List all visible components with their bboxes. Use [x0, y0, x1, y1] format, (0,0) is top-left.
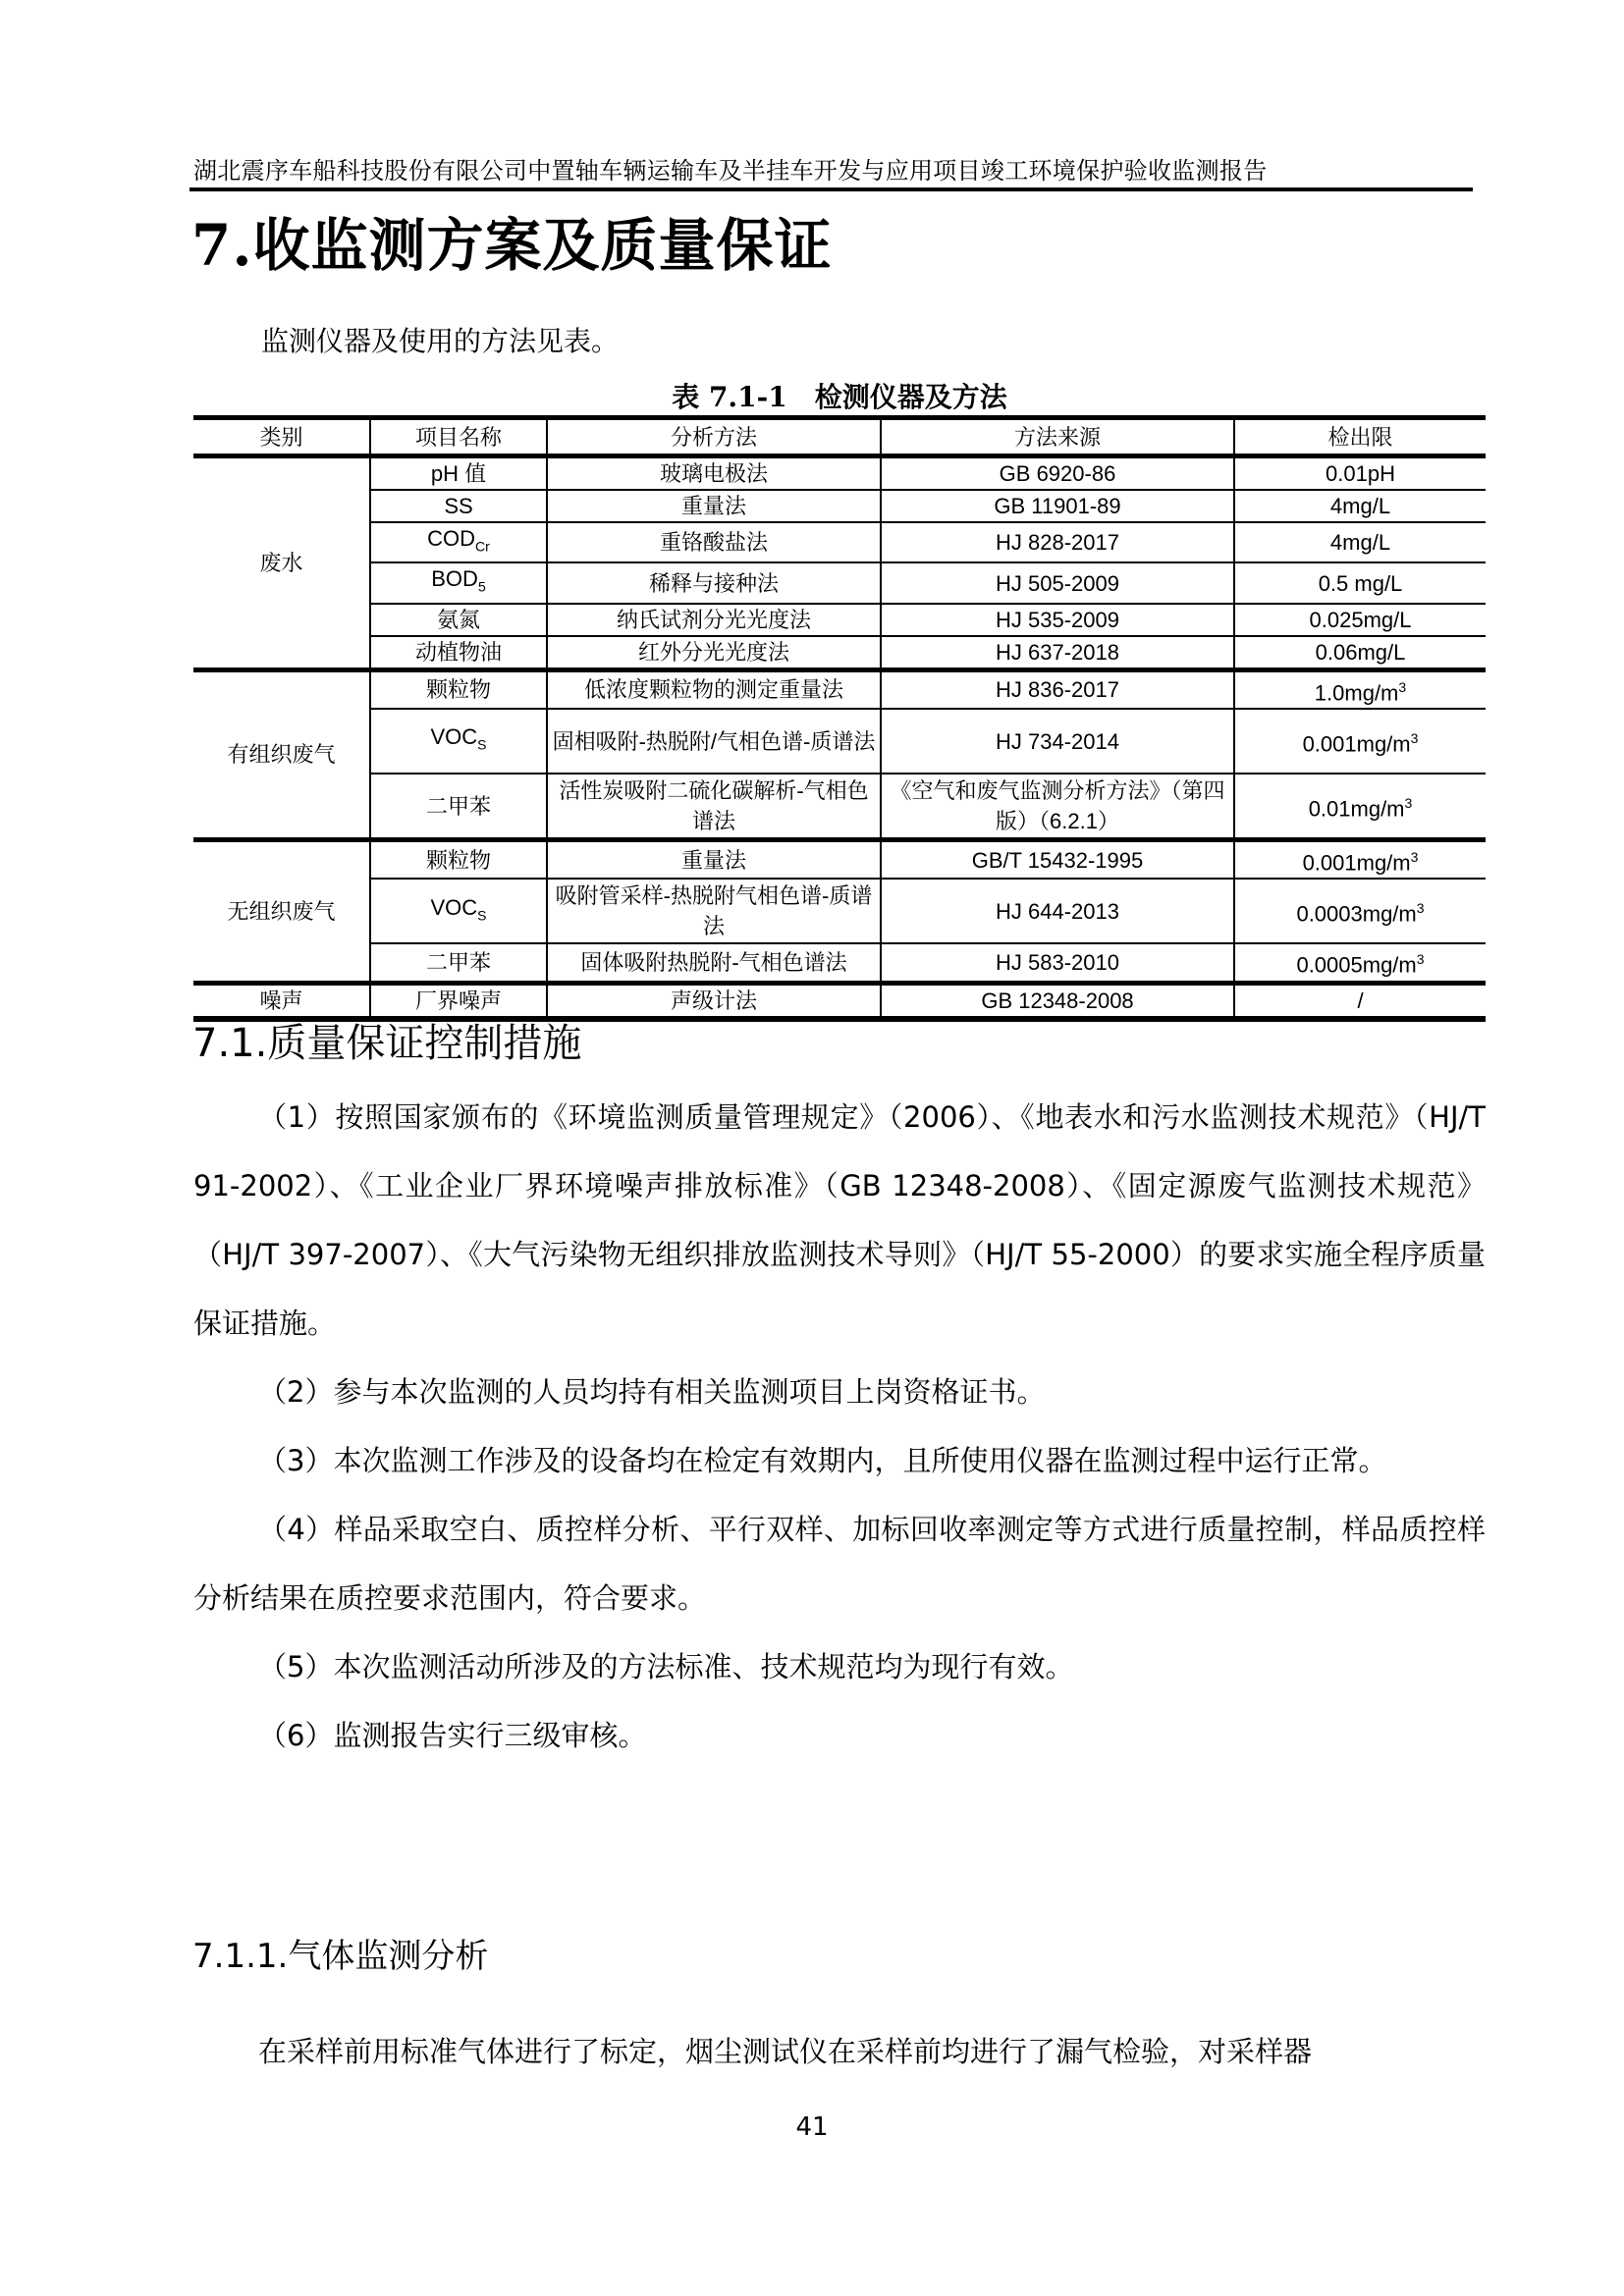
table-row: VOCS 固相吸附-热脱附/气相色谱-质谱法 HJ 734-2014 0.001…	[193, 709, 1486, 774]
source-cell: HJ 734-2014	[881, 709, 1234, 774]
qa-item-1: （1）按照国家颁布的《环境监测质量管理规定》（2006）、《地表水和污水监测技术…	[193, 1083, 1486, 1358]
method-cell: 重量法	[547, 490, 881, 522]
header-method: 分析方法	[547, 418, 881, 456]
limit-cell: 0.001mg/m3	[1234, 709, 1486, 774]
header-category: 类别	[193, 418, 370, 456]
section-heading-7-1: 7.1.质量保证控制措施	[192, 1012, 581, 1068]
method-cell: 固体吸附热脱附-气相色谱法	[547, 943, 881, 983]
item-cell: 二甲苯	[370, 774, 547, 840]
table-row: VOCS 吸附管采样-热脱附气相色谱-质谱法 HJ 644-2013 0.000…	[193, 879, 1486, 943]
method-cell: 纳氏试剂分光光度法	[547, 604, 881, 636]
table-row: 有组织废气 颗粒物 低浓度颗粒物的测定重量法 HJ 836-2017 1.0mg…	[193, 669, 1486, 709]
limit-cell: /	[1234, 983, 1486, 1019]
limit-value: 1.0mg/m	[1315, 680, 1399, 705]
qa-measures-list: （1）按照国家颁布的《环境监测质量管理规定》（2006）、《地表水和污水监测技术…	[193, 1083, 1486, 1770]
header-item: 项目名称	[370, 418, 547, 456]
item-subscript: S	[477, 737, 486, 753]
running-header: 湖北震序车船科技股份有限公司中置轴车辆运输车及半挂车开发与应用项目竣工环境保护验…	[193, 151, 1473, 186]
limit-cell: 0.0003mg/m3	[1234, 879, 1486, 943]
category-cell: 废水	[193, 456, 370, 670]
item-subscript: S	[477, 907, 486, 923]
intro-text: 监测仪器及使用的方法见表。	[261, 320, 619, 359]
limit-cell: 4mg/L	[1234, 522, 1486, 562]
gas-analysis-text: 在采样前用标准气体进行了标定，烟尘测试仪在采样前均进行了漏气检验，对采样器	[193, 2017, 1486, 2086]
source-cell: HJ 644-2013	[881, 879, 1234, 943]
header-source: 方法来源	[881, 418, 1234, 456]
instrument-method-table: 类别 项目名称 分析方法 方法来源 检出限 废水 pH 值 玻璃电极法 GB 6…	[193, 415, 1486, 1022]
header-rule	[189, 187, 1473, 191]
item-cell: CODCr	[370, 522, 547, 562]
limit-cell: 0.025mg/L	[1234, 604, 1486, 636]
qa-item-5: （5）本次监测活动所涉及的方法标准、技术规范均为现行有效。	[193, 1632, 1486, 1701]
source-cell: HJ 535-2009	[881, 604, 1234, 636]
method-cell: 稀释与接种法	[547, 562, 881, 603]
source-cell: HJ 828-2017	[881, 522, 1234, 562]
method-cell: 玻璃电极法	[547, 456, 881, 491]
method-cell: 声级计法	[547, 983, 881, 1019]
item-label: COD	[427, 526, 475, 551]
method-cell: 重量法	[547, 840, 881, 880]
item-cell: VOCS	[370, 879, 547, 943]
page-number: 41	[0, 2112, 1624, 2142]
item-cell: pH 值	[370, 456, 547, 491]
source-cell: 《空气和废气监测分析方法》（第四版）（6.2.1）	[881, 774, 1234, 840]
method-cell: 活性炭吸附二硫化碳解析-气相色谱法	[547, 774, 881, 840]
limit-cell: 0.5 mg/L	[1234, 562, 1486, 603]
category-cell: 有组织废气	[193, 669, 370, 839]
category-cell: 无组织废气	[193, 840, 370, 984]
table-row: 无组织废气 颗粒物 重量法 GB/T 15432-1995 0.001mg/m3	[193, 840, 1486, 880]
limit-value: 0.001mg/m	[1303, 850, 1411, 875]
table-caption: 表 7.1-1 检测仪器及方法	[193, 376, 1486, 415]
qa-item-6: （6）监测报告实行三级审核。	[193, 1701, 1486, 1770]
table-row: 二甲苯 固体吸附热脱附-气相色谱法 HJ 583-2010 0.0005mg/m…	[193, 943, 1486, 983]
qa-item-3: （3）本次监测工作涉及的设备均在检定有效期内，且所使用仪器在监测过程中运行正常。	[193, 1426, 1486, 1495]
limit-cell: 1.0mg/m3	[1234, 669, 1486, 709]
item-label: BOD	[431, 566, 478, 591]
qa-item-2: （2）参与本次监测的人员均持有相关监测项目上岗资格证书。	[193, 1358, 1486, 1426]
source-cell: GB 11901-89	[881, 490, 1234, 522]
item-cell: VOCS	[370, 709, 547, 774]
limit-cell: 4mg/L	[1234, 490, 1486, 522]
header-limit: 检出限	[1234, 418, 1486, 456]
section-heading-7-1-1: 7.1.1.气体监测分析	[192, 1929, 488, 1977]
method-cell: 红外分光光度法	[547, 636, 881, 670]
item-cell: 动植物油	[370, 636, 547, 670]
chapter-title: 7.收监测方案及质量保证	[191, 199, 833, 282]
limit-superscript: 3	[1417, 900, 1425, 916]
method-cell: 低浓度颗粒物的测定重量法	[547, 669, 881, 709]
source-cell: HJ 505-2009	[881, 562, 1234, 603]
limit-value: 0.001mg/m	[1303, 731, 1411, 756]
limit-superscript: 3	[1411, 730, 1419, 746]
table-row: CODCr 重铬酸盐法 HJ 828-2017 4mg/L	[193, 522, 1486, 562]
limit-cell: 0.01pH	[1234, 456, 1486, 491]
limit-cell: 0.01mg/m3	[1234, 774, 1486, 840]
limit-superscript: 3	[1405, 795, 1413, 811]
source-cell: GB/T 15432-1995	[881, 840, 1234, 880]
limit-value: 0.0003mg/m	[1296, 902, 1416, 927]
limit-cell: 0.001mg/m3	[1234, 840, 1486, 880]
item-subscript: 5	[478, 579, 486, 595]
item-cell: SS	[370, 490, 547, 522]
item-label: VOC	[430, 724, 477, 749]
table-row: 二甲苯 活性炭吸附二硫化碳解析-气相色谱法 《空气和废气监测分析方法》（第四版）…	[193, 774, 1486, 840]
method-cell: 重铬酸盐法	[547, 522, 881, 562]
source-cell: GB 6920-86	[881, 456, 1234, 491]
method-cell: 固相吸附-热脱附/气相色谱-质谱法	[547, 709, 881, 774]
item-cell: 二甲苯	[370, 943, 547, 983]
limit-superscript: 3	[1411, 849, 1419, 865]
table-row: 废水 pH 值 玻璃电极法 GB 6920-86 0.01pH	[193, 456, 1486, 491]
source-cell: HJ 583-2010	[881, 943, 1234, 983]
limit-value: 0.01mg/m	[1309, 796, 1405, 821]
limit-cell: 0.06mg/L	[1234, 636, 1486, 670]
table-header-row: 类别 项目名称 分析方法 方法来源 检出限	[193, 418, 1486, 456]
limit-cell: 0.0005mg/m3	[1234, 943, 1486, 983]
table-row: 氨氮 纳氏试剂分光光度法 HJ 535-2009 0.025mg/L	[193, 604, 1486, 636]
source-cell: HJ 637-2018	[881, 636, 1234, 670]
limit-superscript: 3	[1417, 951, 1425, 967]
item-label: VOC	[430, 895, 477, 920]
limit-value: 0.0005mg/m	[1296, 953, 1416, 978]
item-cell: 颗粒物	[370, 669, 547, 709]
source-cell: HJ 836-2017	[881, 669, 1234, 709]
item-cell: 氨氮	[370, 604, 547, 636]
qa-item-4: （4）样品采取空白、质控样分析、平行双样、加标回收率测定等方式进行质量控制，样品…	[193, 1495, 1486, 1632]
method-cell: 吸附管采样-热脱附气相色谱-质谱法	[547, 879, 881, 943]
item-cell: 颗粒物	[370, 840, 547, 880]
item-cell: BOD5	[370, 562, 547, 603]
table-row: BOD5 稀释与接种法 HJ 505-2009 0.5 mg/L	[193, 562, 1486, 603]
item-subscript: Cr	[475, 538, 490, 554]
source-cell: GB 12348-2008	[881, 983, 1234, 1019]
gas-analysis-paragraph: 在采样前用标准气体进行了标定，烟尘测试仪在采样前均进行了漏气检验，对采样器	[193, 2017, 1486, 2086]
table-row: 动植物油 红外分光光度法 HJ 637-2018 0.06mg/L	[193, 636, 1486, 670]
table-row: SS 重量法 GB 11901-89 4mg/L	[193, 490, 1486, 522]
limit-superscript: 3	[1398, 679, 1406, 695]
